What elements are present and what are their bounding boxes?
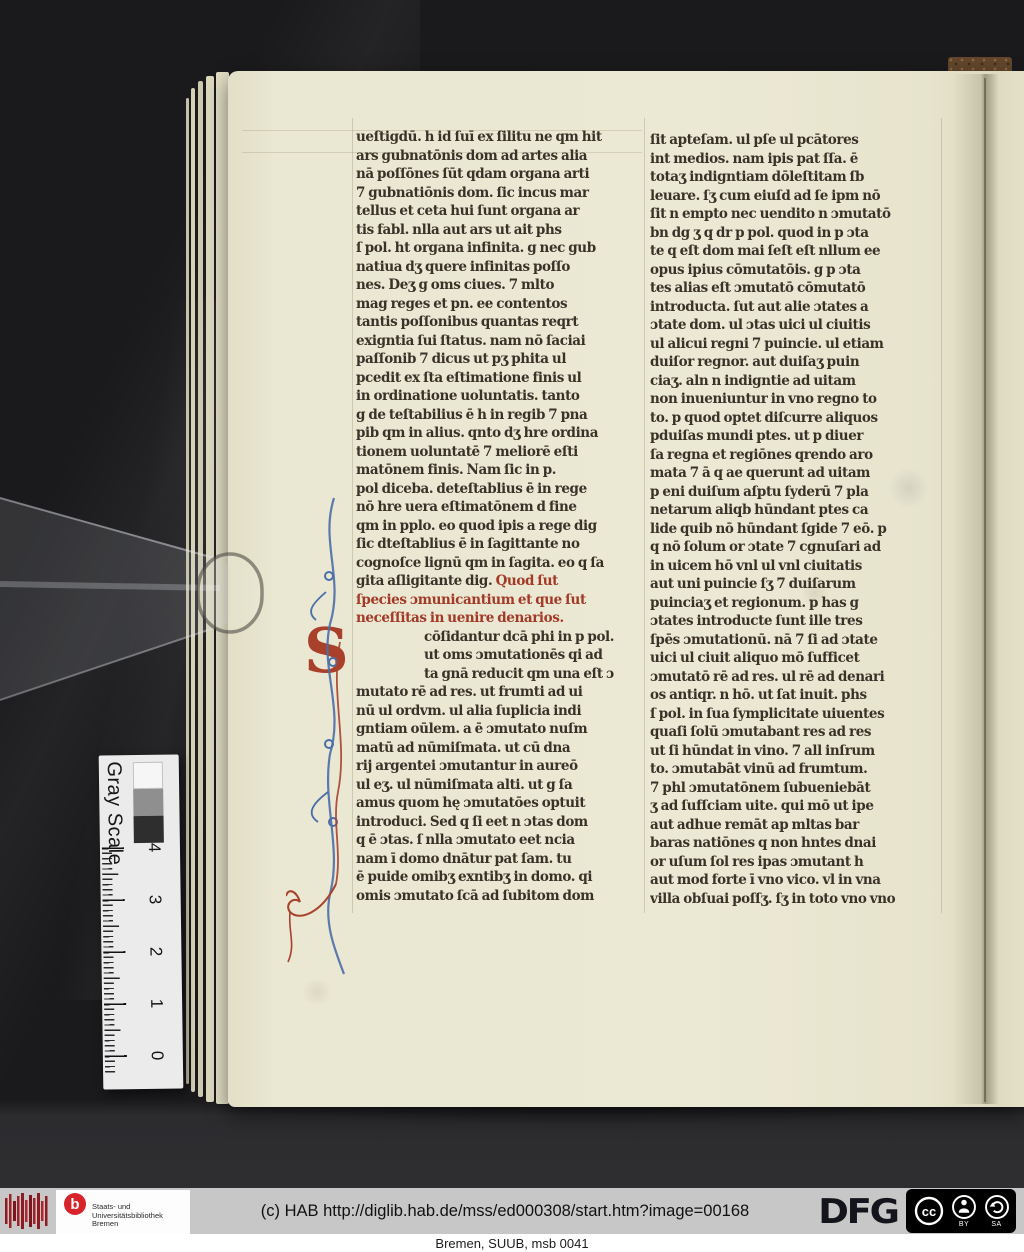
ruler-ticks-major xyxy=(102,847,127,1063)
cc-by-label: BY xyxy=(959,1221,969,1229)
text-column-right: ſit apteſam. ul pſe ul pcātoresint medio… xyxy=(650,131,942,908)
manuscript-line: tellus et ceta hui ſunt organa ar xyxy=(356,202,644,221)
manuscript-line: bn dg ʒ q dr p pol. quod in p ɔta xyxy=(650,224,942,243)
manuscript-line: mutato rē ad res. ut frumti ad ui xyxy=(356,683,644,702)
ruler-number: 2 xyxy=(145,947,165,957)
manuscript-line: or uſum ſol res ipas ɔmutant h xyxy=(650,853,942,872)
bremen-library-logo: b Staats- und Universitätsbibliothek Bre… xyxy=(56,1190,190,1234)
manuscript-line: te q eſt dom mai ſeſt eſt nllum ee xyxy=(650,242,942,261)
manuscript-line: ſa regna et regiōnes qrendo aro xyxy=(650,446,942,465)
right-column-lines: ſit apteſam. ul pſe ul pcātoresint medio… xyxy=(650,131,942,908)
manuscript-line: rij argentei ɔmutantur in aureō xyxy=(356,757,644,776)
manuscript-line: tes alias eſt ɔmutatō cōmutatō xyxy=(650,279,942,298)
cc-sa-label: SA xyxy=(991,1221,1001,1229)
page-stain xyxy=(300,980,334,1004)
creative-commons-badge: cc BY SA xyxy=(906,1189,1016,1233)
gutter-crease xyxy=(984,78,986,1102)
manuscript-line: baras natiōnes q non hntes dnai xyxy=(650,834,942,853)
manuscript-line: lide quib nō hūndant ſgide 7 eō. p xyxy=(650,520,942,539)
manuscript-line: opus ipius cōmutatōis. g p ɔta xyxy=(650,261,942,280)
manuscript-line: ſpecies ɔmunicantium et que ſut xyxy=(356,591,644,610)
manuscript-line: netarum aliqb hūndant ptes ca xyxy=(650,501,942,520)
manuscript-line: totaʒ indigntiam dōleſtitam ſb xyxy=(650,168,942,187)
manuscript-line: leuare. ſʒ cum eiuſd ad ſe ipm nō xyxy=(650,187,942,206)
ruler-number: 0 xyxy=(147,1051,167,1061)
manuscript-line: in ordinatione uoluntatis. tanto xyxy=(356,387,644,406)
manuscript-line: nā poſſōnes ſūt qdam organa arti xyxy=(356,165,644,184)
ruler-number: 1 xyxy=(146,999,166,1009)
manuscript-line: ſpēs ɔmutationū. nā 7 ſi ad ɔtate xyxy=(650,631,942,650)
cc-by-icon: BY xyxy=(951,1194,977,1229)
manuscript-line: to. p quod optet diſcurre aliquos xyxy=(650,409,942,428)
manuscript-line: ɔtate dom. ul ɔtas uici ul ciuitis xyxy=(650,316,942,335)
manuscript-line: ſit n empto nec uendito n ɔmutatō xyxy=(650,205,942,224)
cc-icon: cc xyxy=(913,1195,945,1227)
pen-flourish-decoration xyxy=(286,492,376,982)
manuscript-line: nes. Deʒ g oms ciues. 7 mlto xyxy=(356,276,644,295)
manuscript-line: pcedit ex ſta eſtimatione finis ul xyxy=(356,369,644,388)
manuscript-line: 7 phl ɔmutatōnem ſubueniebāt xyxy=(650,779,942,798)
shelfmark-strip: Bremen, SUUB, msb 0041 xyxy=(0,1234,1024,1252)
manuscript-line: omis ɔmutato ſcā ad ſubitom dom xyxy=(356,887,644,906)
manuscript-line: q ē ɔtas. ſ nlla ɔmutato eet ncia xyxy=(356,831,644,850)
gray-scale-ruler: Gray Scale 43210 xyxy=(99,754,184,1089)
manuscript-line: paſſonib 7 dicus ut pʒ phita ul xyxy=(356,350,644,369)
manuscript-line: ſ pol. in ſua ſymplicitate uiuentes xyxy=(650,705,942,724)
manuscript-line: ʒ ad ſufſciam uite. qui mō ut ipe xyxy=(650,797,942,816)
manuscript-line: amus quom hę ɔmutatōes optuit xyxy=(356,794,644,813)
manuscript-line: os antiqr. n hō. ut ſat inuit. phs xyxy=(650,686,942,705)
manuscript-line: neceſſitas in uenire denarios. xyxy=(356,609,644,628)
gray-patches xyxy=(133,762,164,843)
page-holder-clip xyxy=(0,488,272,710)
ruler-numbers: 43210 xyxy=(99,754,179,755)
manuscript-line: ut oms ɔmutationēs qi ad xyxy=(356,646,644,665)
manuscript-line: ciaʒ. aln n indigntie ad uitam xyxy=(650,372,942,391)
manuscript-line: uici ul ciuit aliquo mō ſufficet xyxy=(650,649,942,668)
digitized-manuscript-photo: ueſtigdū. h id ſuī ex ſilitu ne qm hitar… xyxy=(0,0,1024,1252)
manuscript-line: mag reges et pn. ee contentos xyxy=(356,295,644,314)
manuscript-line: cognoſce lignū qm in ſagita. eo q ſa xyxy=(356,554,644,573)
library-bars-logo xyxy=(4,1192,48,1230)
manuscript-line: exigntia ſui ſtatus. nam nō ſaciai xyxy=(356,332,644,351)
manuscript-line: introducta. ſut aut alie ɔtates a xyxy=(650,298,942,317)
manuscript-line: duiſor regnor. aut duiſaʒ puin xyxy=(650,353,942,372)
ruler-number: 4 xyxy=(144,843,164,853)
manuscript-line: non inueniuntur in vno regno to xyxy=(650,390,942,409)
manuscript-line: natiua dʒ quere infinitas poſſo xyxy=(356,258,644,277)
manuscript-line: aut mod forte ī vno vico. vl in vna xyxy=(650,871,942,890)
footer-bar: b Staats- und Universitätsbibliothek Bre… xyxy=(0,1188,1024,1234)
manuscript-line: ul alicui regni 7 puincie. ul etiam xyxy=(650,335,942,354)
manuscript-line: int medios. nam ipis pat ſſa. ē xyxy=(650,150,942,169)
manuscript-line: nō hre uera eſtimatōnem d fine xyxy=(356,498,644,517)
manuscript-line: mata 7 ā q ae querunt ad uitam xyxy=(650,464,942,483)
manuscript-line: gita aſligitante dig. Quod ſut xyxy=(356,572,644,591)
manuscript-line: quaſi ſolū ɔmutabant res ad res xyxy=(650,723,942,742)
ruler-number: 3 xyxy=(145,895,165,905)
manuscript-line: ueſtigdū. h id ſuī ex ſilitu ne qm hit xyxy=(356,128,644,147)
manuscript-line: p eni duiſum aſptu ſyderū 7 pla xyxy=(650,483,942,502)
ruling-line xyxy=(644,118,645,913)
manuscript-line: puinciaʒ et regionum. p has g xyxy=(650,594,942,613)
manuscript-line: nū ul ordvm. ul alia ſuplicia indi xyxy=(356,702,644,721)
manuscript-line: ars gubnatōnis dom ad artes alia xyxy=(356,147,644,166)
text-column-left: ueſtigdū. h id ſuī ex ſilitu ne qm hitar… xyxy=(356,128,644,905)
manuscript-line: matū ad nūmiſmata. ut cū dna xyxy=(356,739,644,758)
gutter-shading xyxy=(952,74,1012,1104)
manuscript-line: ut ſi hūndat in vino. 7 all inſrum xyxy=(650,742,942,761)
manuscript-line: ſit apteſam. ul pſe ul pcātores xyxy=(650,131,942,150)
gray-patch xyxy=(134,816,164,843)
manuscript-line: ē puide omibʒ exntibʒ in domo. qi xyxy=(356,868,644,887)
manuscript-line: nam ī domo dnātur pat ſam. tu xyxy=(356,850,644,869)
manuscript-line: to. ɔmutabāt vinū ad frumtum. xyxy=(650,760,942,779)
shelfmark-text: Bremen, SUUB, msb 0041 xyxy=(435,1236,588,1251)
bremen-b-icon: b xyxy=(64,1193,86,1215)
manuscript-line: ſic dteſtablius ē in ſagittante no xyxy=(356,535,644,554)
gray-patch xyxy=(133,789,163,816)
manuscript-line: g de teſtabilius ē h in regib 7 pna xyxy=(356,406,644,425)
manuscript-line: qm in pplo. eo quod ipis a rege dig xyxy=(356,517,644,536)
manuscript-line: tis fabl. nlla aut ars ut ait phs xyxy=(356,221,644,240)
manuscript-line: pib qm in alius. qnto dʒ hre ordina xyxy=(356,424,644,443)
copyright-url: (c) HAB http://diglib.hab.de/mss/ed00030… xyxy=(200,1188,810,1234)
left-column-lines: ueſtigdū. h id ſuī ex ſilitu ne qm hitar… xyxy=(356,128,644,905)
bremen-library-name: Staats- und Universitätsbibliothek Breme… xyxy=(92,1203,163,1229)
manuscript-line: gntiam oūlem. a ē ɔmutato nuſm xyxy=(356,720,644,739)
manuscript-line: pduiſas mundi ptes. ut p diuer xyxy=(650,427,942,446)
manuscript-line: q nō ſolum or ɔtate 7 cgnuſari ad xyxy=(650,538,942,557)
manuscript-line: ta gnā reducit qm una eſt ɔ xyxy=(356,665,644,684)
manuscript-line: aut uni puincie ſʒ 7 duiſarum xyxy=(650,575,942,594)
manuscript-line: tantis poſſonibus quantas reqrt xyxy=(356,313,644,332)
manuscript-line: villa obſuai poſſʒ. ſʒ in toto vno vno xyxy=(650,890,942,909)
manuscript-line: tionem uoluntatē 7 meliorē eſti xyxy=(356,443,644,462)
manuscript-line: introduci. Sed q ſi eet n ɔtas dom xyxy=(356,813,644,832)
manuscript-line: ul eʒ. ul nūmiſmata alti. ut g ſa xyxy=(356,776,644,795)
manuscript-line: aut adhue remāt ap mltas bar xyxy=(650,816,942,835)
bremen-line: Bremen xyxy=(92,1220,163,1229)
cc-sa-icon: SA xyxy=(984,1194,1010,1229)
manuscript-line: pol diceba. deteſtablius ē in rege xyxy=(356,480,644,499)
manuscript-line: ſ pol. ht organa infinita. g nec gub xyxy=(356,239,644,258)
manuscript-line: in uicem hō vnl ul vnl ciuitatis xyxy=(650,557,942,576)
manuscript-line: cōſidantur dcā phi in p pol. xyxy=(356,628,644,647)
svg-text:cc: cc xyxy=(921,1204,935,1219)
manuscript-line: 7 gubnatiōnis dom. ſic incus mar xyxy=(356,184,644,203)
manuscript-line: matōnem finis. Nam ſic in p. xyxy=(356,461,644,480)
manuscript-line: ɔmutatō rē ad res. ul rē ad denari xyxy=(650,668,942,687)
manuscript-line: ɔtates introducte ſunt ille tres xyxy=(650,612,942,631)
gray-patch xyxy=(133,762,163,789)
dfg-logo: DFG xyxy=(806,1190,909,1233)
